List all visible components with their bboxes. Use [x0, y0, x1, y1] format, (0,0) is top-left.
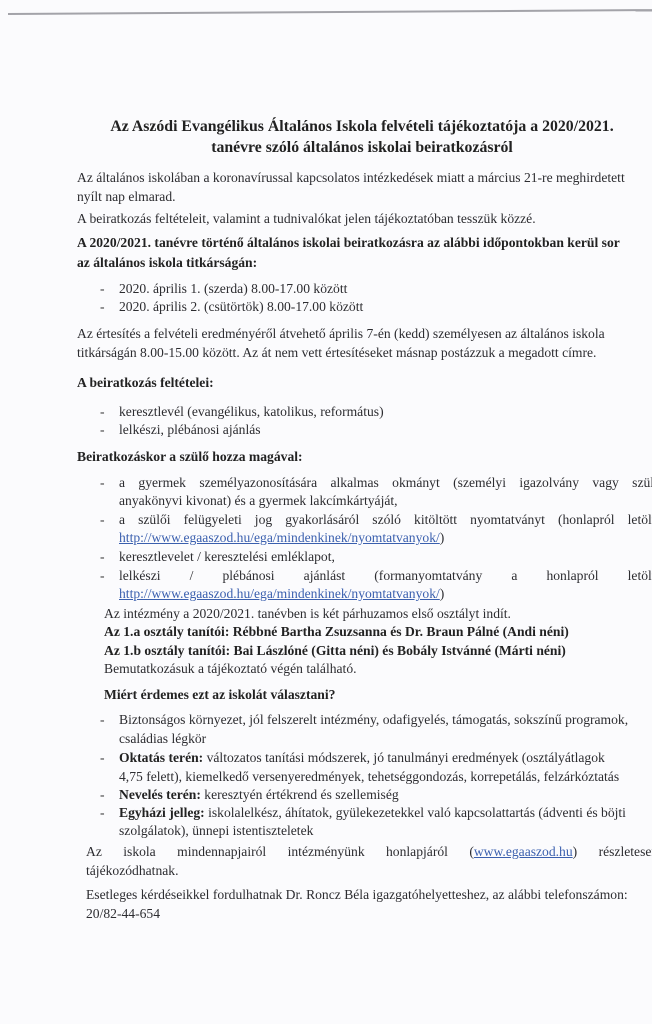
bullet-dash: -: [100, 566, 105, 585]
why-item-text: keresztyén értékrend és szellemiség: [201, 787, 399, 802]
enrollment-heading-line2: az általános iskola titkárságán:: [77, 253, 257, 272]
document-title-line2: tanévre szóló általános iskolai beiratko…: [0, 138, 652, 158]
why-item-line2: családias légkör: [119, 729, 206, 748]
enrollment-date-item: 2020. április 2. (csütörtök) 8.00-17.00 …: [119, 297, 363, 316]
why-item-line1: Egyházi jelleg: iskolalelkész, áhítatok,…: [119, 803, 626, 822]
notice-paragraph-line2: titkárságán 8.00-15.00 között. Az át nem…: [77, 343, 596, 362]
bullet-dash: -: [100, 748, 105, 767]
website-paragraph-line2: tájékozódhatnak.: [86, 861, 178, 880]
bullet-dash: -: [100, 510, 105, 529]
class-1b-teachers: Az 1.b osztály tanítói: Bai Lászlóné (Gi…: [104, 641, 566, 660]
why-item-label: Nevelés terén:: [119, 787, 201, 802]
bullet-dash: -: [100, 547, 105, 566]
intro-paragraph-line2: nyílt nap elmarad.: [77, 187, 176, 206]
bring-item-line2: anyakönyvi kivonat) és a gyermek lakcímk…: [119, 491, 398, 510]
why-item-line1: Oktatás terén: változatos tanítási módsz…: [119, 748, 605, 767]
closing-paren: ): [440, 530, 445, 545]
bring-item-line1: lelkészi / plébánosi ajánlást (formanyom…: [119, 566, 652, 585]
intro-paragraph-2: A beiratkozás feltételeit, valamint a tu…: [77, 209, 536, 228]
website-paragraph-line1: Az iskola mindennapjairól intézményünk h…: [86, 842, 652, 861]
website-link[interactable]: www.egaaszod.hu: [474, 844, 573, 859]
contact-paragraph-line1: Esetleges kérdéseikkel fordulhatnak Dr. …: [86, 885, 628, 904]
why-item-line2: szolgálatok), ünnepi istentiszteletek: [119, 821, 313, 840]
why-item-line2: 4,75 felett), kiemelkedő versenyeredmény…: [119, 767, 619, 786]
contact-phone: 20/82-44-654: [86, 904, 160, 923]
bullet-dash: -: [100, 279, 105, 298]
closing-paren: ): [440, 586, 445, 601]
why-heading: Miért érdemes ezt az iskolát választani?: [104, 685, 335, 704]
condition-item: keresztlevél (evangélikus, katolikus, re…: [119, 402, 384, 421]
document-title-line1: Az Aszódi Evangélikus Általános Iskola f…: [0, 117, 652, 137]
bullet-dash: -: [100, 402, 105, 421]
website-text-post: ) részletesen: [573, 844, 652, 859]
bullet-dash: -: [100, 297, 105, 316]
bullet-dash: -: [100, 710, 105, 729]
conditions-heading: A beiratkozás feltételei:: [77, 373, 214, 392]
bring-item: keresztlevelet / keresztelési emléklapot…: [119, 547, 335, 566]
bullet-dash: -: [100, 473, 105, 492]
bring-item-line1: a szülői felügyeleti jog gyakorlásáról s…: [119, 510, 652, 529]
why-item-label: Oktatás terén:: [119, 750, 203, 765]
introduction-note: Bemutatkozásuk a tájékoztató végén talál…: [104, 659, 357, 678]
enrollment-heading-line1: A 2020/2021. tanévre történő általános i…: [77, 233, 620, 252]
bullet-dash: -: [100, 785, 105, 804]
why-item-label: Egyházi jelleg:: [119, 805, 205, 820]
why-item-text: iskolalelkész, áhítatok, gyülekezetekkel…: [205, 805, 626, 820]
condition-item: lelkészi, plébánosi ajánlás: [119, 420, 261, 439]
forms-link[interactable]: http://www.egaaszod.hu/ega/mindenkinek/n…: [119, 530, 440, 545]
enrollment-date-item: 2020. április 1. (szerda) 8.00-17.00 köz…: [119, 279, 347, 298]
class-1a-teachers: Az 1.a osztály tanítói: Rébbné Bartha Zs…: [104, 622, 569, 641]
scan-edge-line: [8, 9, 652, 15]
why-item-line1: Biztonságos környezet, jól felszerelt in…: [119, 710, 628, 729]
classes-intro: Az intézmény a 2020/2021. tanévben is ké…: [104, 604, 511, 623]
intro-paragraph-line1: Az általános iskolában a koronavírussal …: [77, 168, 625, 187]
website-text-pre: Az iskola mindennapjairól intézményünk h…: [86, 844, 474, 859]
notice-paragraph-line1: Az értesítés a felvételi eredményéről át…: [77, 324, 605, 343]
bullet-dash: -: [100, 803, 105, 822]
why-item-line1: Nevelés terén: keresztyén értékrend és s…: [119, 785, 399, 804]
forms-link[interactable]: http://www.egaaszod.hu/ega/mindenkinek/n…: [119, 586, 440, 601]
bring-heading: Beiratkozáskor a szülő hozza magával:: [77, 447, 303, 466]
bring-item-link-line: http://www.egaaszod.hu/ega/mindenkinek/n…: [119, 584, 444, 603]
bring-item-link-line: http://www.egaaszod.hu/ega/mindenkinek/n…: [119, 528, 444, 547]
bullet-dash: -: [100, 420, 105, 439]
why-item-text: változatos tanítási módszerek, jó tanulm…: [203, 750, 605, 765]
bring-item-line1: a gyermek személyazonosítására alkalmas …: [119, 473, 652, 492]
